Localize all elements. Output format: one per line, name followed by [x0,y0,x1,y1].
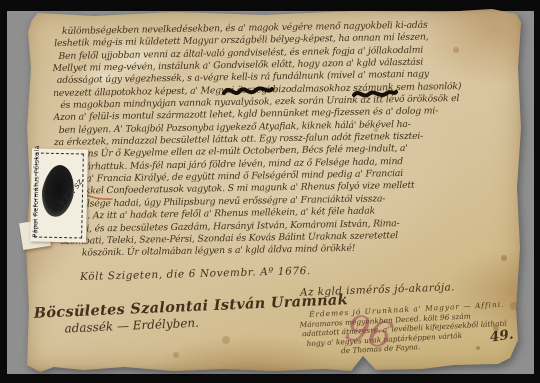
letter-body: külömbségekben nevelkedésekben, és a' ma… [52,18,524,272]
library-label: Pápai Református Főiskola 137. sz. [30,148,88,242]
foxing-stains [24,8,28,12]
ink-scribble [352,86,398,102]
photographed-manuscript: külömbségekben nevelkedésekben, és a' ma… [0,0,540,383]
ink-scribble [222,82,274,100]
archival-number: 49. [489,326,514,345]
